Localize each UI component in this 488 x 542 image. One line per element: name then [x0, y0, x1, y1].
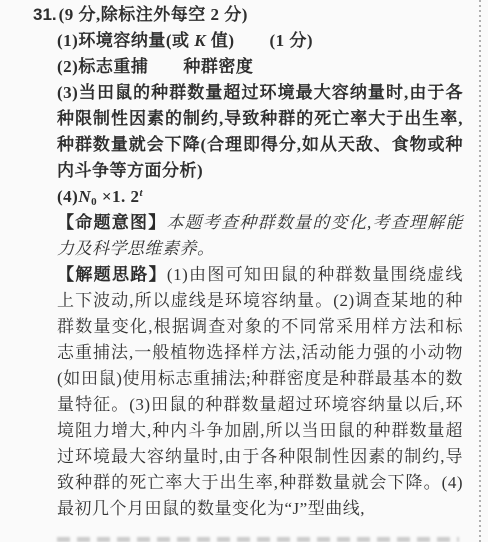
page-edge-perforation-line	[479, 0, 481, 542]
question-number: 31.	[33, 5, 59, 24]
answer-line-1: (1)环境容纳量(或 K 值) (1 分)	[57, 28, 463, 54]
answer-paragraph-3: (3)当田鼠的种群数量超过环境最大容纳量时,由于各种限制性因素的制约,导致种群的…	[57, 80, 463, 184]
question-header-line: 31.(9 分,除标注外每空 2 分)	[57, 2, 463, 28]
points-note: (9 分,除标注外每空 2 分)	[59, 5, 248, 24]
answer-1-score-note: (1 分)	[235, 31, 314, 50]
intent-header: 【命题意图】	[57, 213, 166, 232]
solution-body: (1)由图可知田鼠的种群数量围绕虚线上下波动,所以虚线是环境容纳量。(2)调查某…	[57, 265, 463, 518]
exponent-t: t	[140, 187, 144, 199]
clipped-next-text-line	[57, 537, 459, 542]
solution-paragraph: 【解题思路】(1)由图可知田鼠的种群数量围绕虚线上下波动,所以虚线是环境容纳量。…	[57, 262, 463, 522]
answer-line-4: (4)N0 ×1. 2t	[57, 184, 463, 210]
answer-1-text: (1)环境容纳量(或	[57, 31, 194, 50]
answer-1-text-end: 值)	[206, 31, 234, 50]
n-initial-symbol: N	[78, 187, 91, 206]
exam-answer-page: 31.(9 分,除标注外每空 2 分) (1)环境容纳量(或 K 值) (1 分…	[0, 0, 488, 542]
intent-paragraph: 【命题意图】本题考查种群数量的变化,考查理解能力及科学思维素养。	[57, 210, 463, 262]
question-31-block: 31.(9 分,除标注外每空 2 分) (1)环境容纳量(或 K 值) (1 分…	[57, 2, 463, 522]
solution-header: 【解题思路】	[57, 265, 167, 284]
k-value-symbol: K	[194, 31, 206, 50]
answer-4-prefix: (4)	[57, 187, 78, 206]
answer-4-formula: ×1. 2	[97, 187, 139, 206]
answer-line-2: (2)标志重捕 种群密度	[57, 54, 463, 80]
